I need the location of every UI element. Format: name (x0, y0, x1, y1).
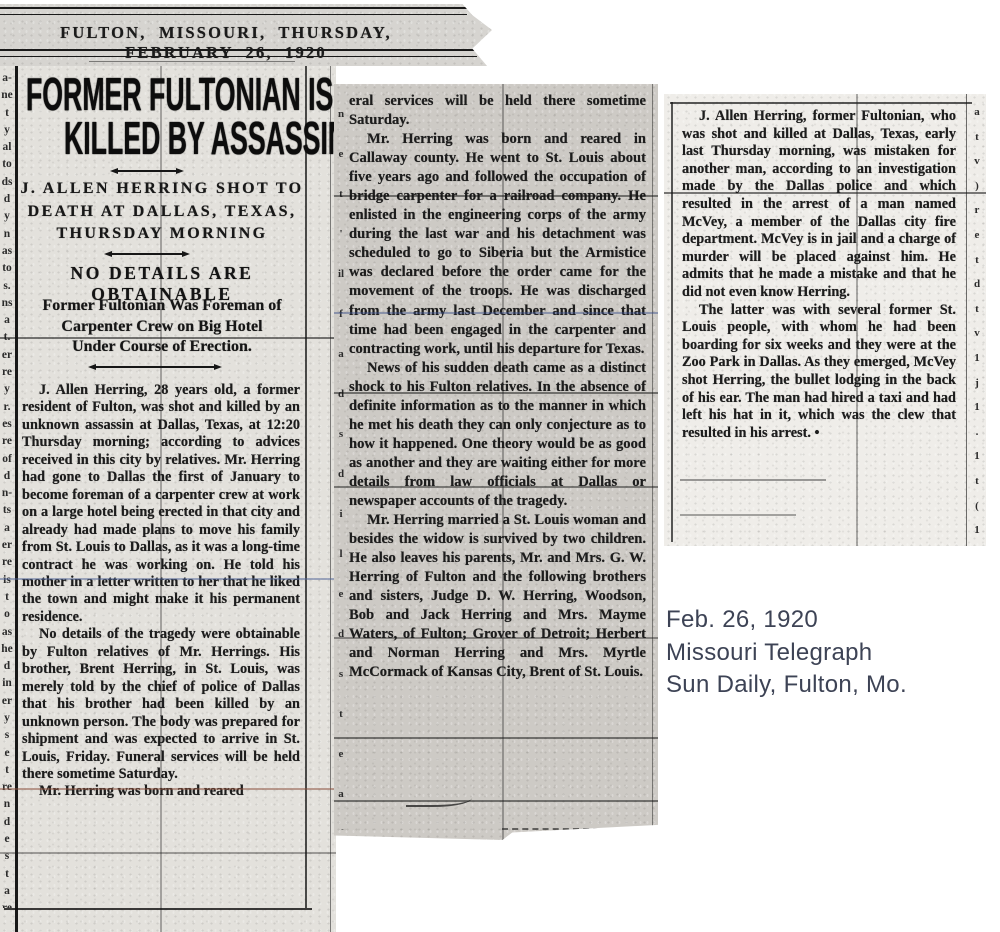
handwritten-squiggle (406, 798, 472, 807)
ornament-divider (112, 253, 182, 255)
clipping-middle: n e t ' il f a d s d i l e d s t e a d e… (334, 84, 658, 840)
scan-artifact-line (334, 195, 658, 197)
right-edge-fragments: a t v ) r e t d t v 1 j 1 . 1 t ( 1 (970, 100, 984, 542)
masthead-dateline: FULTON, MISSOURI, THURSDAY, FEBRUARY 26,… (0, 23, 452, 63)
scan-artifact-line (334, 486, 658, 488)
paragraph: Mr. Herring married a St. Louis woman an… (349, 511, 646, 682)
clipping-left: a- ne t y al to ds d y n as to s. ns a t… (0, 66, 336, 932)
column-rule (330, 66, 331, 932)
scan-artifact-line (680, 514, 796, 516)
scan-artifact-line (334, 637, 658, 639)
clipping-bottom-rule (4, 908, 312, 910)
masthead-partial-rule (89, 61, 296, 62)
scan-artifact-line (0, 337, 336, 339)
scan-artifact-line (334, 392, 658, 394)
headline-line-2: KILLED BY ASSASSIN (64, 116, 347, 160)
paragraph: J. Allen Herring, 28 years old, a former… (22, 382, 300, 626)
scan-artifact-line (680, 479, 826, 481)
photo-caption: Feb. 26, 1920 Missouri Telegraph Sun Dai… (666, 604, 907, 702)
scanned-newspaper-page: { "masthead": { "text": "FULTON, MISSOUR… (0, 0, 1000, 932)
column-rule (966, 94, 967, 546)
ornament-divider (96, 366, 214, 368)
scan-artifact-line (0, 852, 336, 854)
headline-line-1: FORMER FULTONIAN IS (26, 72, 333, 116)
clipping-top-rule (670, 102, 972, 104)
scan-artifact-line (334, 312, 658, 314)
body-text-column-3: J. Allen Herring, former Fultonian, who … (682, 108, 956, 442)
paragraph: J. Allen Herring, former Fultonian, who … (682, 108, 956, 302)
paragraph: eral services will be held there sometim… (349, 92, 646, 130)
column-rule (652, 84, 653, 840)
body-text-column-2: eral services will be held there sometim… (349, 92, 646, 682)
paragraph: Mr. Herring was born and reared in Calla… (349, 130, 646, 359)
paragraph: Mr. Herring was born and reared (22, 783, 300, 800)
masthead-bottom-rule (0, 49, 477, 57)
scan-artifact-line (664, 192, 986, 194)
scan-artifact-line (334, 737, 658, 739)
masthead-strip: FULTON, MISSOURI, THURSDAY, FEBRUARY 26,… (0, 4, 492, 66)
clipping-right: a t v ) r e t d t v 1 j 1 . 1 t ( 1 J. A… (664, 94, 986, 546)
column-rule (671, 102, 673, 542)
paragraph: No details of the tragedy were obtainabl… (22, 626, 300, 783)
torn-edge-dashed-line (502, 828, 650, 830)
masthead-top-rule (0, 7, 467, 15)
subheadline: J. ALLEN HERRING SHOT TO DEATH AT DALLAS… (18, 178, 306, 246)
body-text-column-1: J. Allen Herring, 28 years old, a former… (22, 382, 300, 801)
scan-artifact-line (0, 578, 336, 580)
ornament-divider (118, 170, 176, 172)
paragraph: The latter was with several former St. L… (682, 302, 956, 443)
scan-artifact-line (334, 800, 658, 802)
left-edge-fragments: n e t ' il f a d s d i l e d s t e a d (335, 94, 347, 830)
deck-headline: Former Fultonian Was Foreman of Carpente… (16, 296, 308, 358)
paragraph: News of his sudden death came as a disti… (349, 359, 646, 511)
scan-artifact-line (0, 788, 336, 790)
left-edge-fragments: a- ne t y al to ds d y n as to s. ns a t… (0, 70, 14, 908)
